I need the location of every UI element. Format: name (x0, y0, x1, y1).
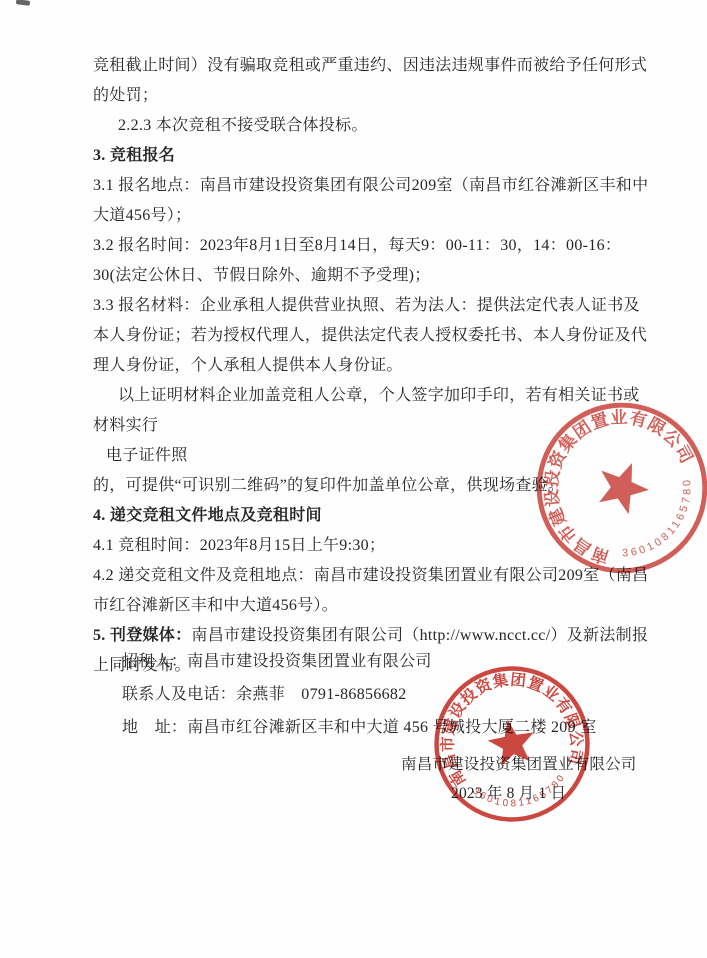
scanned-document-page: 竞租截止时间）没有骗取竞租或严重违约、因违法违规事件而被给予任何形式的处罚； 2… (0, 0, 707, 958)
scan-artifact (16, 0, 31, 6)
paragraph: 2.2.3 本次竞租不接受联合体投标。 (93, 111, 649, 141)
svg-text:3601081165780: 3601081165780 (469, 770, 572, 817)
seal-code: 3601081165780 (469, 770, 572, 817)
document-body: 竞租截止时间）没有骗取竞租或严重违约、因违法违规事件而被给予任何形式的处罚； 2… (93, 51, 649, 681)
paragraph: 3.2 报名时间：2023年8月1日至8月14日，每天9：00-11：30，14… (93, 231, 649, 291)
section-heading: 3. 竞租报名 (93, 141, 649, 171)
section-heading-inline: 5. 刊登媒体： (93, 627, 191, 644)
official-seal-upper: 南昌市建设投资集团置业有限公司 3601081165780 (532, 398, 707, 578)
paragraph: 3.3 报名材料：企业承租人提供营业执照、若为法人：提供法定代表人证书及本人身份… (93, 291, 649, 381)
paragraph: 竞租截止时间）没有骗取竞租或严重违约、因违法违规事件而被给予任何形式的处罚； (93, 51, 649, 111)
star-icon (485, 716, 539, 768)
star-icon (585, 451, 655, 522)
paragraph: 3.1 报名地点：南昌市建设投资集团有限公司209室（南昌市红谷滩新区丰和中大道… (93, 171, 649, 231)
official-seal-lower: 南昌市建设投资集团置业有限公司 3601081165780 (430, 662, 594, 826)
